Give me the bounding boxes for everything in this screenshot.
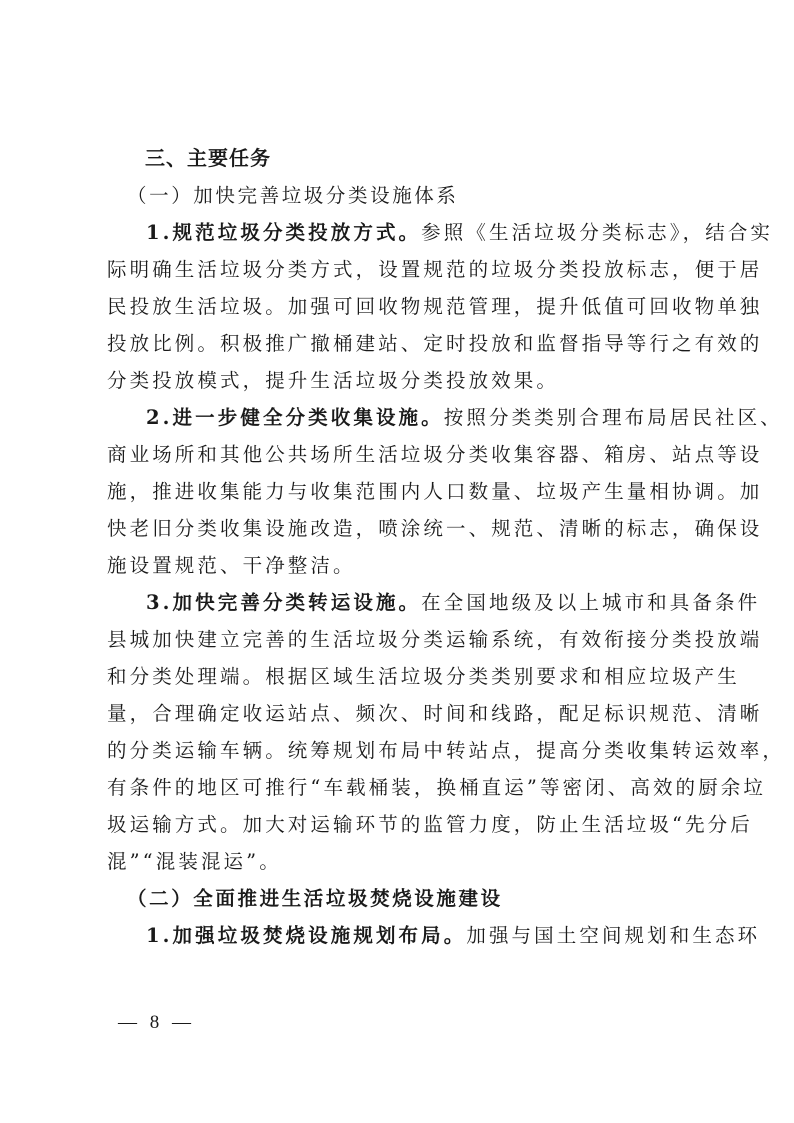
paragraph-lead: 1.规范垃圾分类投放方式。 [146, 221, 421, 244]
paragraph-line: 际明确生活垃圾分类方式，设置规范的垃圾分类投放标志，便于居 [107, 251, 695, 288]
paragraph-text: 按照分类类别合理布局居民社区、 [444, 406, 783, 429]
paragraph-line: 量，合理确定收运站点、频次、时间和线路，配足标识规范、清晰 [107, 695, 695, 732]
paragraph-line: 快老旧分类收集设施改造，喷涂统一、规范、清晰的标志，确保设 [107, 510, 695, 547]
paragraph-2-1: 1.加强垃圾焚烧设施规划布局。加强与国土空间规划和生态环 [107, 917, 695, 954]
paragraph-line: 民投放生活垃圾。加强可回收物规范管理，提升低值可回收物单独 [107, 288, 695, 325]
subsection-heading-2: （二）全面推进生活垃圾焚烧设施建设 [107, 880, 695, 917]
paragraph-text: 参照《生活垃圾分类标志》，结合实 [421, 221, 773, 244]
paragraph-text: 加强与国土空间规划和生态环 [466, 924, 760, 947]
paragraph-line: 投放比例。积极推广撤桶建站、定时投放和监督指导等行之有效的 [107, 325, 695, 362]
paragraph-lead: 2.进一步健全分类收集设施。 [146, 406, 444, 429]
paragraph-1-2: 2.进一步健全分类收集设施。按照分类类别合理布局居民社区、 商业场所和其他公共场… [107, 399, 695, 584]
subsection-heading-1: （一）加快完善垃圾分类设施体系 [107, 177, 695, 214]
paragraph-1-3: 3.加快完善分类转运设施。在全国地级及以上城市和具备条件 县城加快建立完善的生活… [107, 584, 695, 880]
paragraph-line: 的分类运输车辆。统筹规划布局中转站点，提高分类收集转运效率， [107, 732, 695, 769]
paragraph-line: 圾运输方式。加大对运输环节的监管力度，防止生活垃圾“先分后 [107, 806, 695, 843]
page-number: — 8 — [118, 1012, 195, 1034]
paragraph-line: 施，推进收集能力与收集范围内人口数量、垃圾产生量相协调。加 [107, 473, 695, 510]
paragraph-line: 有条件的地区可推行“车载桶装，换桶直运”等密闭、高效的厨余垃 [107, 769, 695, 806]
paragraph-line: 施设置规范、干净整洁。 [107, 547, 695, 584]
document-page: 三、主要任务 （一）加快完善垃圾分类设施体系 1.规范垃圾分类投放方式。参照《生… [107, 140, 695, 954]
paragraph-lead: 3.加快完善分类转运设施。 [146, 591, 421, 614]
paragraph-line: 和分类处理端。根据区域生活垃圾分类类别要求和相应垃圾产生 [107, 658, 695, 695]
section-heading: 三、主要任务 [107, 140, 695, 177]
paragraph-1-1: 1.规范垃圾分类投放方式。参照《生活垃圾分类标志》，结合实 际明确生活垃圾分类方… [107, 214, 695, 399]
paragraph-line: 分类投放模式，提升生活垃圾分类投放效果。 [107, 362, 695, 399]
paragraph-line: 商业场所和其他公共场所生活垃圾分类收集容器、箱房、站点等设 [107, 436, 695, 473]
paragraph-line: 混”“混装混运”。 [107, 843, 695, 880]
paragraph-text: 在全国地级及以上城市和具备条件 [421, 591, 760, 614]
paragraph-lead: 1.加强垃圾焚烧设施规划布局。 [146, 924, 466, 947]
paragraph-line: 县城加快建立完善的生活垃圾分类运输系统，有效衔接分类投放端 [107, 621, 695, 658]
